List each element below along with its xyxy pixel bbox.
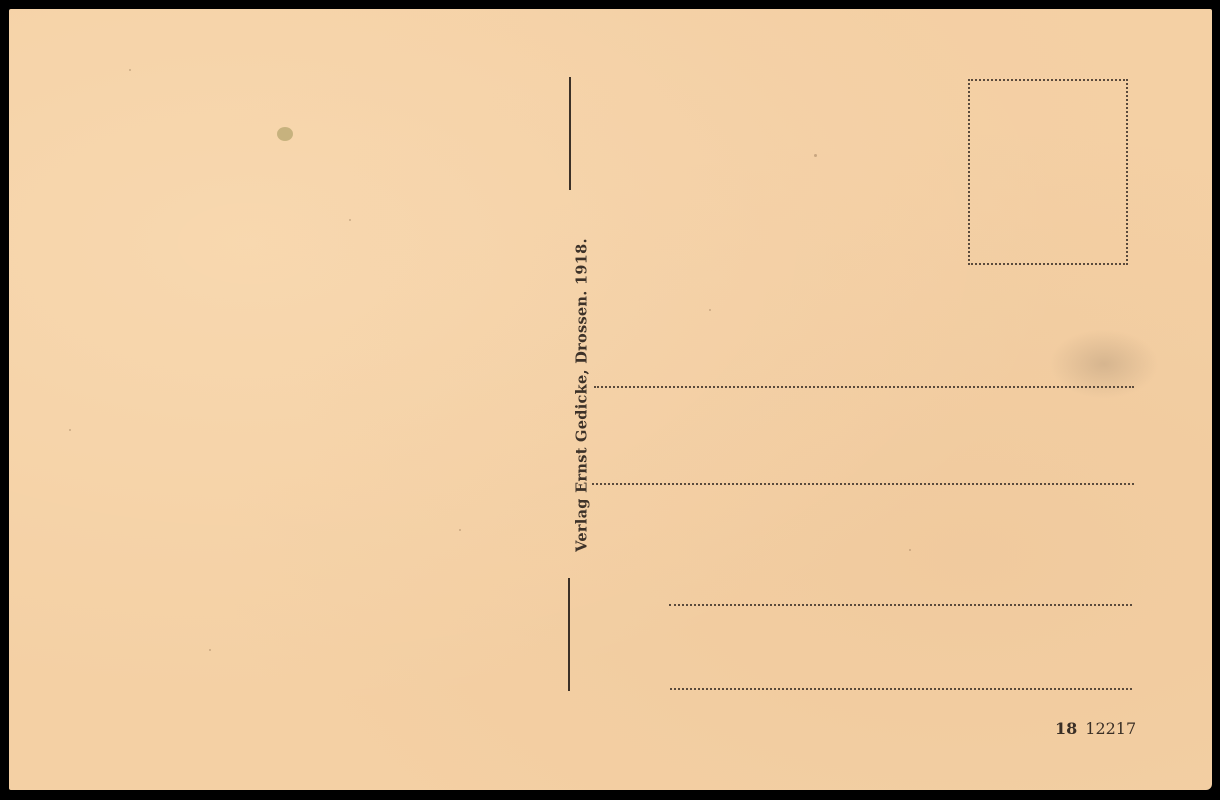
- divider-line-bottom: [568, 578, 570, 691]
- publisher-imprint: Verlag Ernst Gedicke, Drossen. 1918.: [574, 238, 591, 552]
- paper-speck: [909, 549, 911, 551]
- paper-speck: [209, 649, 211, 651]
- address-line-2: [592, 483, 1134, 485]
- catalog-series: 18: [1055, 719, 1077, 738]
- paper-speck: [349, 219, 351, 221]
- stamp-box: [968, 79, 1128, 265]
- address-line-3: [669, 604, 1132, 606]
- postcard-back: Verlag Ernst Gedicke, Drossen. 1918. 181…: [9, 9, 1212, 790]
- catalog-number: 1812217: [1055, 719, 1136, 738]
- paper-speck: [814, 154, 817, 157]
- address-line-1: [594, 386, 1134, 388]
- divider-line-top: [569, 77, 571, 190]
- paper-speck: [129, 69, 131, 71]
- paper-speck: [69, 429, 71, 431]
- catalog-id: 12217: [1085, 719, 1136, 738]
- paper-speck: [709, 309, 711, 311]
- paper-speck: [459, 529, 461, 531]
- paper-smudge: [1049, 329, 1159, 399]
- paper-stain: [277, 127, 293, 141]
- address-line-4: [670, 688, 1132, 690]
